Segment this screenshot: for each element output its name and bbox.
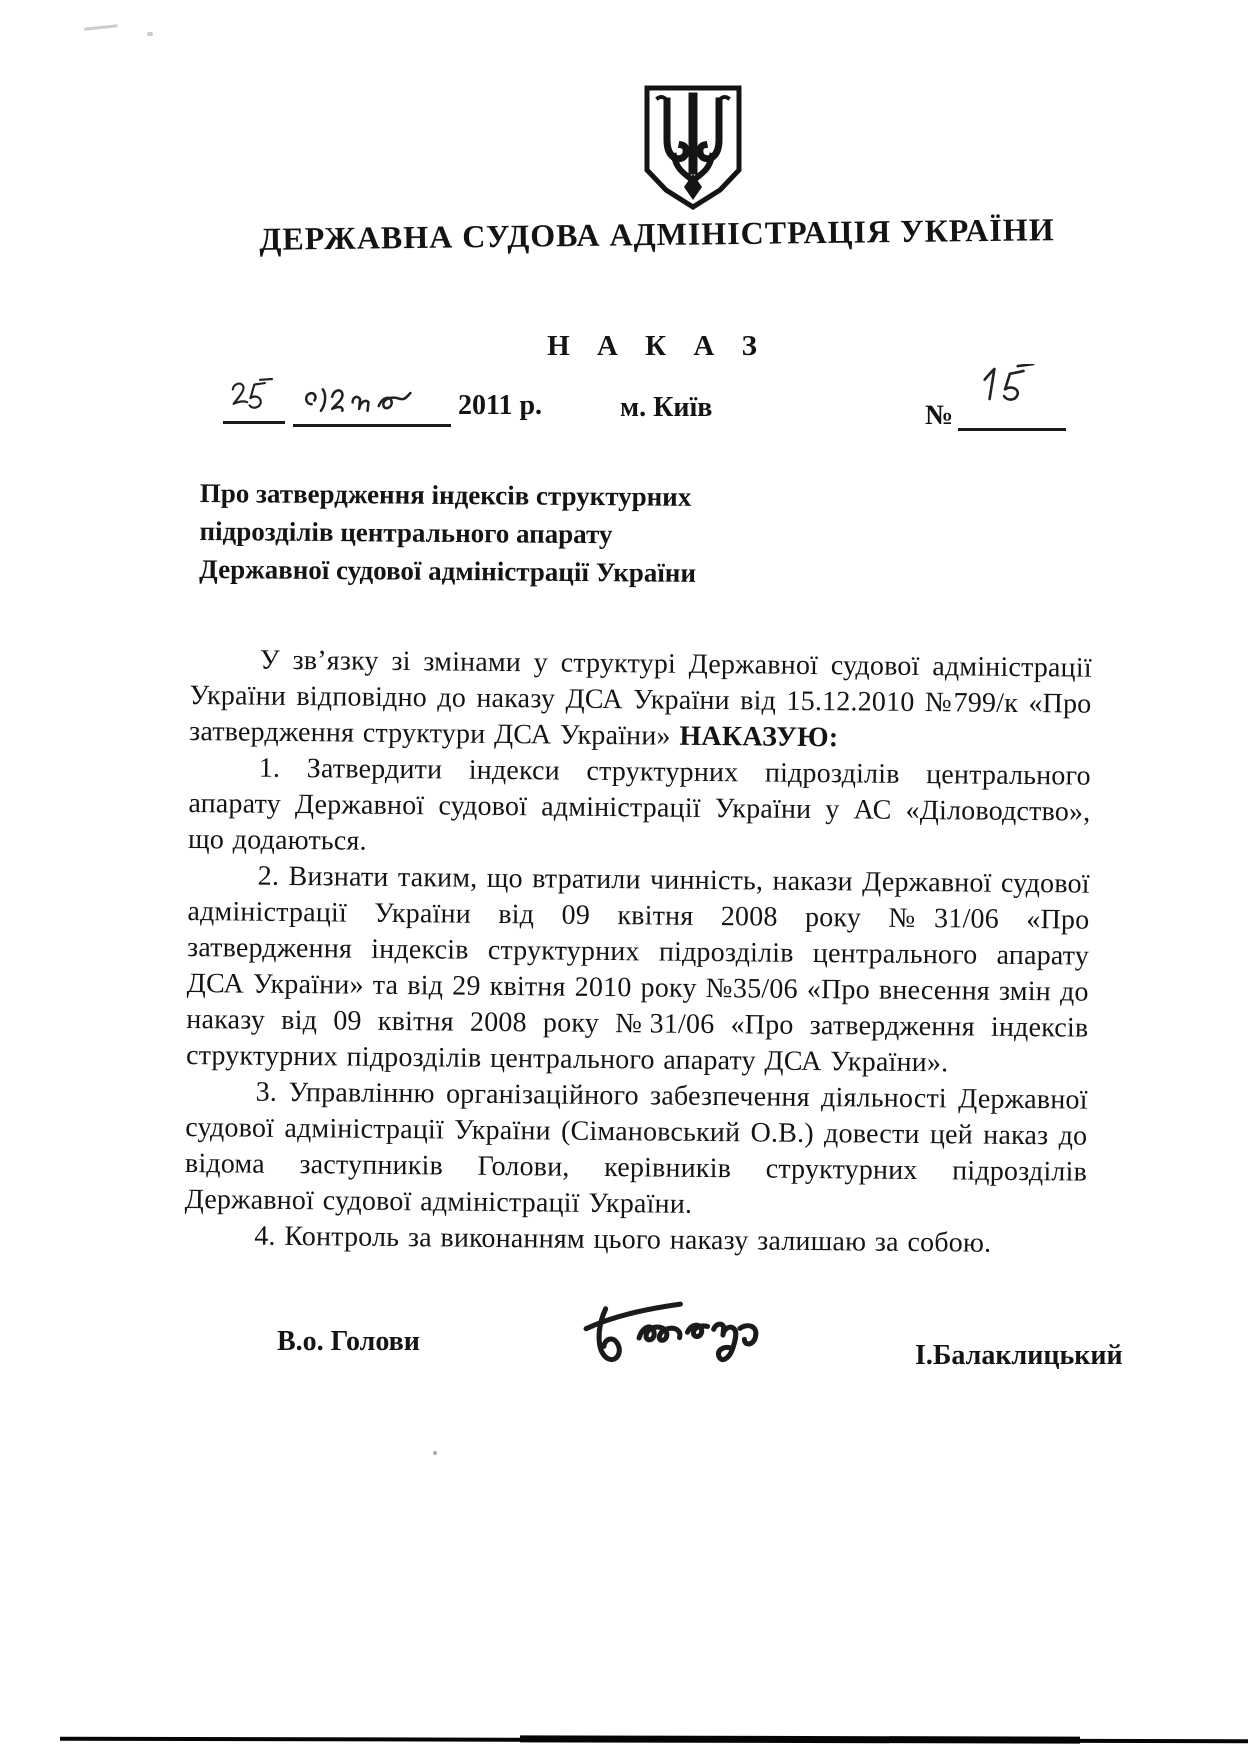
order-item-4: 4. Контроль за виконанням цього наказу з… (184, 1218, 1086, 1263)
pencil-mark (147, 32, 153, 36)
signer-role: В.о. Голови (277, 1326, 420, 1358)
order-body: У зв’язку зі змінами у структурі Державн… (184, 642, 1092, 1263)
handwritten-number (975, 364, 1039, 408)
subject-line: Державної судової адміністрації України (199, 550, 696, 592)
order-item-3: 3. Управлінню організаційного забезпечен… (184, 1074, 1087, 1227)
order-item-2: 2. Визнати таким, що втратили чинність, … (186, 858, 1090, 1083)
year-label: 2011 р. (458, 390, 542, 422)
number-sign: № (925, 400, 953, 432)
pencil-mark (84, 24, 118, 31)
intro-emphasis: НАКАЗУЮ: (679, 721, 838, 754)
intro-paragraph: У зв’язку зі змінами у структурі Державн… (189, 642, 1092, 759)
day-underline (223, 421, 285, 424)
doc-type-title: Н А К А З (33, 330, 1248, 363)
signer-name: І.Балаклицький (915, 1340, 1123, 1372)
subject-line: підрозділів центрального апарату (199, 512, 696, 554)
scan-edge-bar (520, 1735, 1080, 1743)
scanned-order-document: ДЕРЖАВНА СУДОВА АДМІНІСТРАЦІЯ УКРАЇНИ Н … (0, 0, 1248, 1755)
handwritten-signature (571, 1288, 792, 1384)
scan-speck (433, 1451, 437, 1455)
intro-text: У зв’язку зі змінами у структурі Державн… (189, 645, 1092, 752)
handwritten-day (228, 378, 276, 420)
month-underline (293, 424, 451, 427)
subject-line: Про затвердження індексів структурних (200, 474, 697, 516)
city-label: м. Київ (620, 392, 712, 424)
order-item-1: 1. Затвердити індекси структурних підроз… (188, 750, 1091, 867)
handwritten-month (300, 380, 450, 422)
trident-icon (640, 84, 746, 212)
subject-block: Про затвердження індексів структурних пі… (199, 474, 697, 592)
ukraine-trident-emblem (640, 84, 746, 212)
number-underline (958, 428, 1066, 431)
org-name: ДЕРЖАВНА СУДОВА АДМІНІСТРАЦІЯ УКРАЇНИ (33, 208, 1248, 260)
